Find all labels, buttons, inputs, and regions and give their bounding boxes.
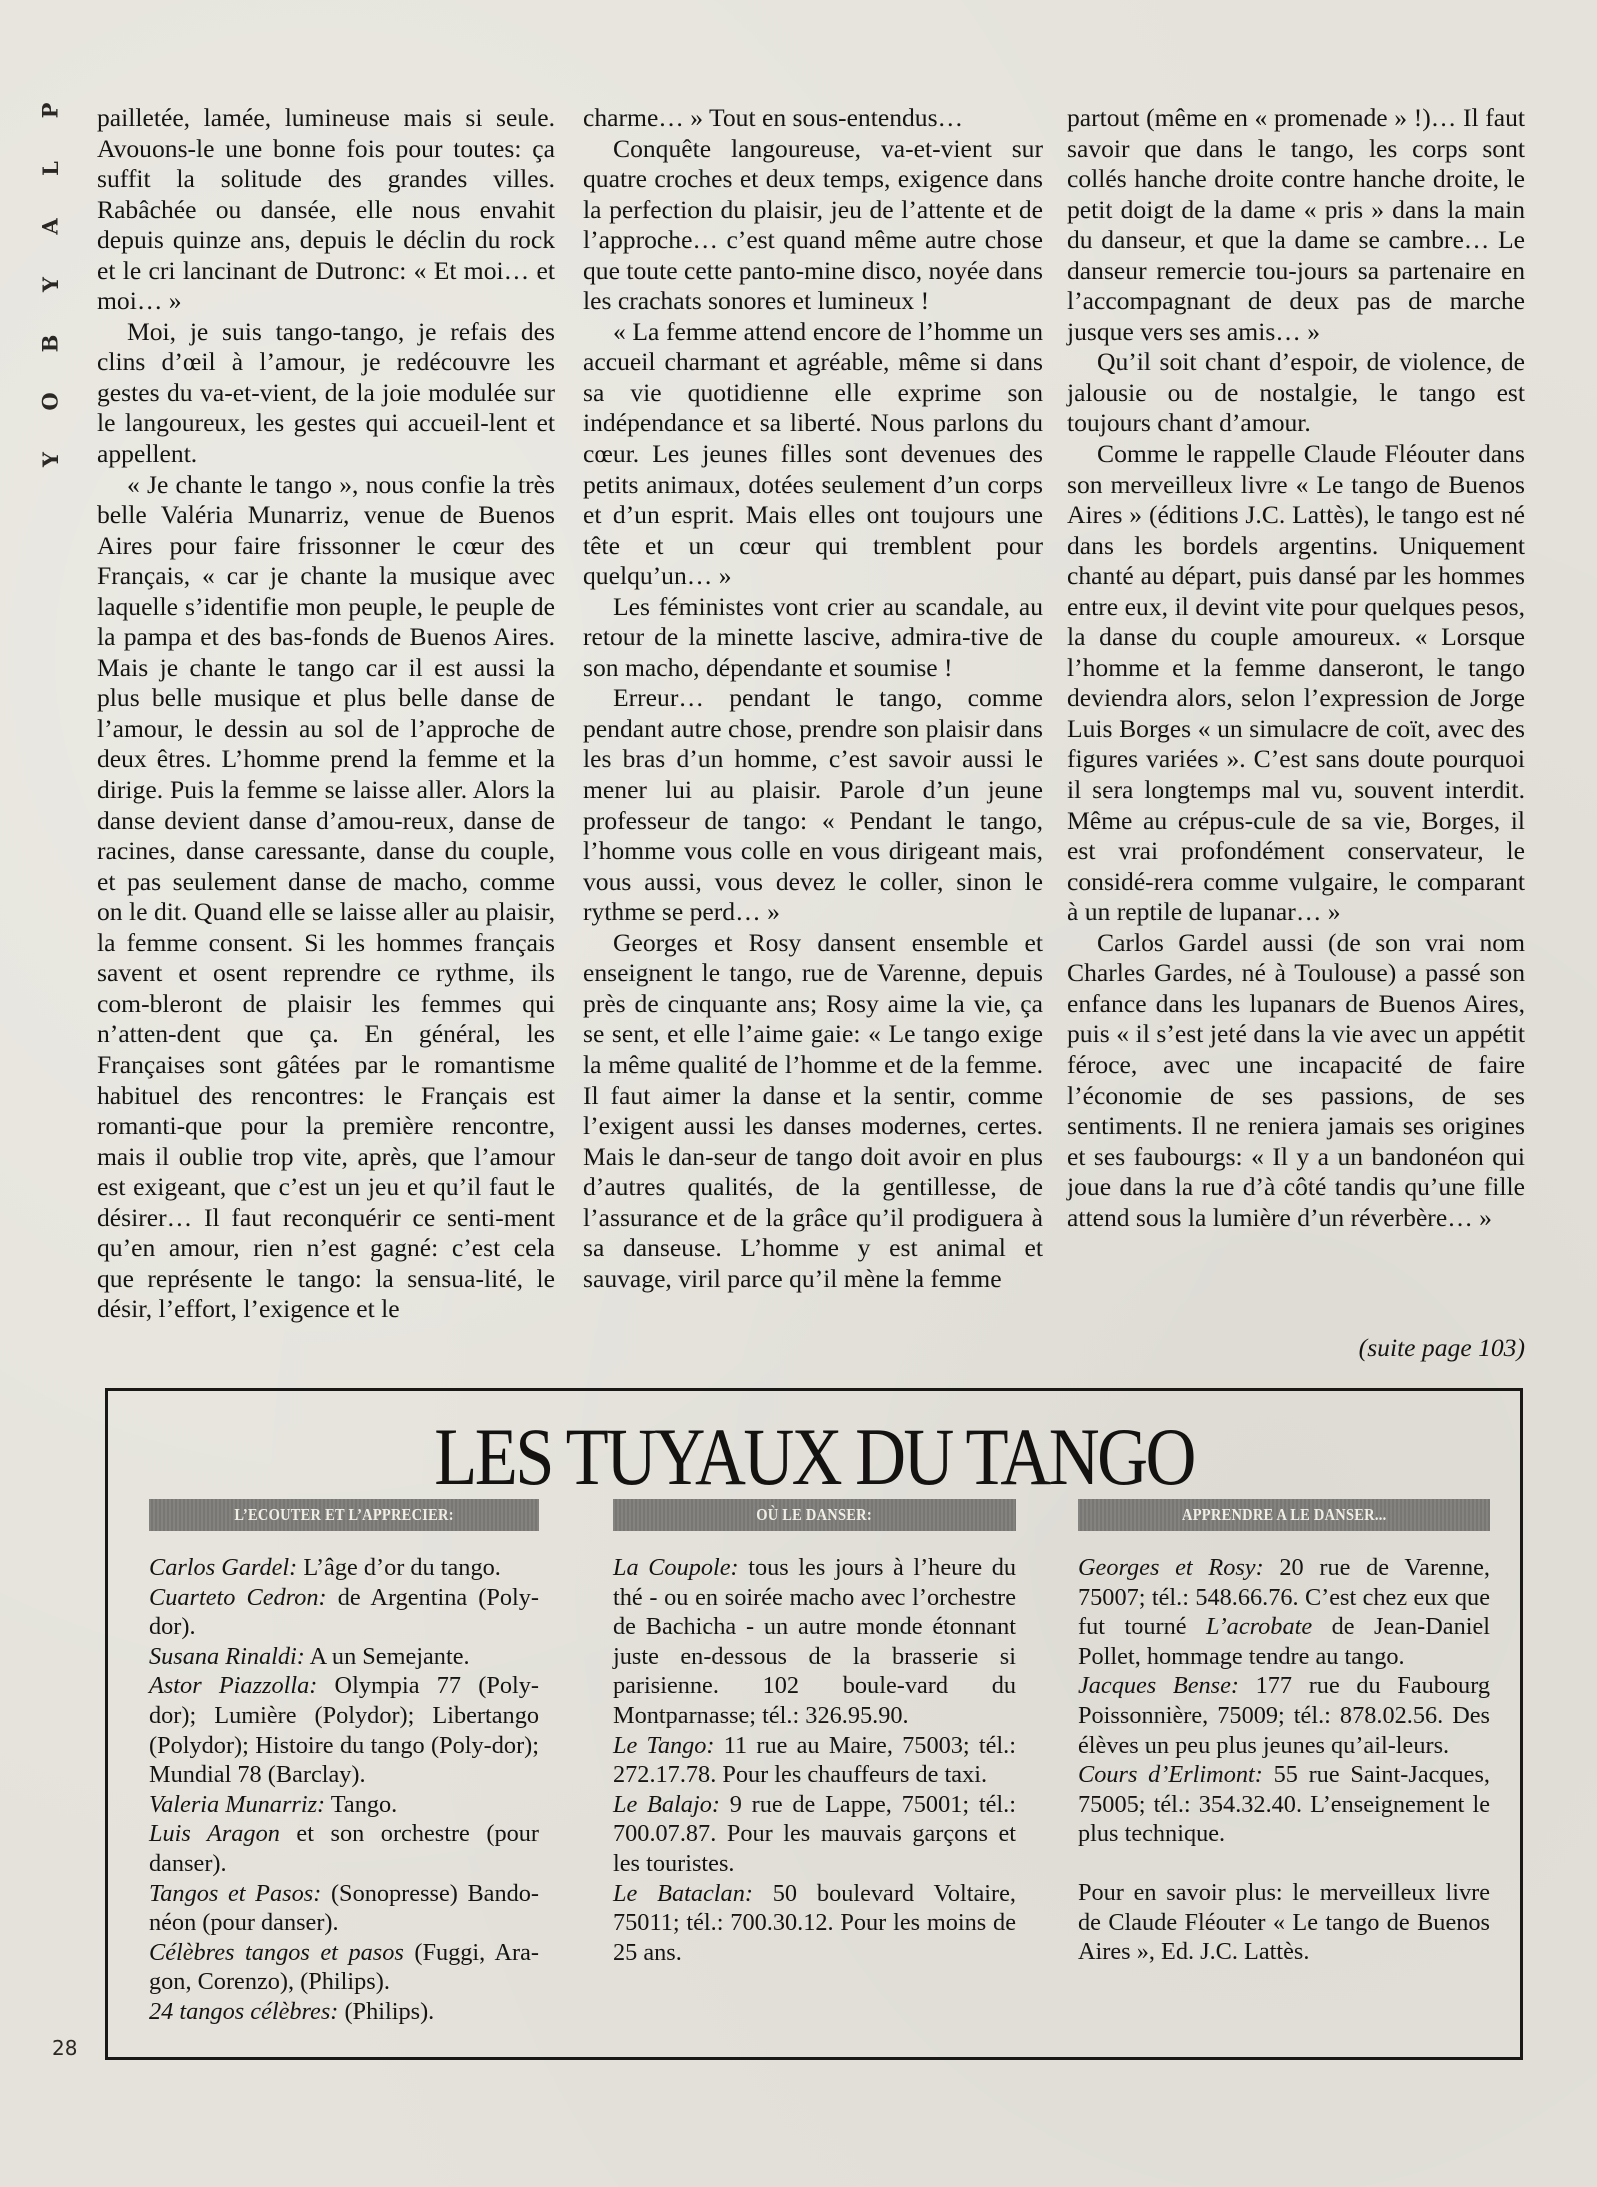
sidebar-column-listen: L’ECOUTER ET L’APPRECIER: Carlos Gardel:… — [149, 1499, 539, 2027]
article-paragraph: Carlos Gardel aussi (de son vrai nom Cha… — [1067, 928, 1525, 1233]
entry-list: Georges et Rosy: 20 rue de Varenne, 7500… — [1078, 1553, 1490, 1967]
brand-letter: P — [39, 103, 60, 119]
listing-entry: Georges et Rosy: 20 rue de Varenne, 7500… — [1078, 1553, 1490, 1671]
section-heading: OÙ LE DANSER: — [757, 1505, 873, 1525]
listing-name: Le Bataclan: — [613, 1880, 753, 1907]
brand-letter: O — [39, 392, 60, 410]
brand-letter: Y — [40, 277, 61, 292]
listing-entry: Cours d’Erlimont: 55 rue Saint-Jacques, … — [1078, 1760, 1490, 1849]
listing-entry: Valeria Munarriz: Tango. — [149, 1790, 539, 1820]
article-column-1: pailletée, lamée, lumineuse mais si seul… — [97, 103, 555, 1325]
listing-entry: Carlos Gardel: L’âge d’or du tango. — [149, 1553, 539, 1583]
listing-entry: Le Tango: 11 rue au Maire, 75003; tél.: … — [613, 1731, 1016, 1790]
sidebar-title: LES TUYAUX DU TANGO — [207, 1417, 1421, 1497]
listing-name: Carlos Gardel: — [149, 1554, 297, 1581]
listing-name: Tangos et Pasos: — [149, 1880, 321, 1907]
article-paragraph: Les féministes vont crier au scandale, a… — [583, 592, 1043, 684]
listing-name: La Coupole: — [613, 1554, 739, 1581]
article-paragraph: Qu’il soit chant d’espoir, de violence, … — [1067, 347, 1525, 439]
listing-name: Cuarteto Cedron: — [149, 1584, 327, 1611]
article-paragraph: Comme le rappelle Claude Fléouter dans s… — [1067, 439, 1525, 928]
listing-name: Le Balajo: — [613, 1791, 720, 1818]
section-heading-bar: OÙ LE DANSER: — [613, 1499, 1016, 1531]
listing-name: Célèbres tangos et pasos — [149, 1939, 404, 1966]
listing-details: Tango. — [325, 1791, 397, 1818]
listing-details: L’âge d’or du tango. — [297, 1554, 501, 1581]
listing-name: Jacques Bense: — [1078, 1672, 1239, 1699]
brand-letter: Y — [40, 452, 61, 467]
continuation-note: (suite page 103) — [1067, 1333, 1525, 1363]
brand-letter: B — [40, 334, 61, 352]
listing-entry: Jacques Bense: 177 rue du Faubourg Poiss… — [1078, 1671, 1490, 1760]
article-paragraph: charme… » Tout en sous-entendus… — [583, 103, 1043, 134]
listing-entry: 24 tangos célèbres: (Philips). — [149, 1997, 539, 2027]
section-heading: APPRENDRE A LE DANSER... — [1182, 1505, 1386, 1525]
section-heading: L’ECOUTER ET L’APPRECIER: — [234, 1505, 453, 1525]
article-paragraph: Erreur… pendant le tango, comme pendant … — [583, 683, 1043, 927]
listing-entry: Astor Piazzolla: Olympia 77 (Poly-dor); … — [149, 1671, 539, 1789]
listing-entry: Pour en savoir plus: le merveilleux livr… — [1078, 1878, 1490, 1967]
listing-name: Valeria Munarriz: — [149, 1791, 325, 1818]
listing-entry: Luis Aragon et son orchestre (pour danse… — [149, 1819, 539, 1878]
brand-letter: A — [39, 219, 60, 235]
listing-details: A un Semejante. — [305, 1643, 470, 1670]
listing-name: Astor Piazzolla: — [149, 1672, 317, 1699]
article-paragraph: Conquête langoureuse, va-et-vient sur qu… — [583, 134, 1043, 317]
section-heading-bar: L’ECOUTER ET L’APPRECIER: — [149, 1499, 539, 1531]
listing-entry: Susana Rinaldi: A un Semejante. — [149, 1642, 539, 1672]
listing-name: Luis Aragon — [149, 1820, 280, 1847]
sidebar-box-tango-tips: LES TUYAUX DU TANGO L’ECOUTER ET L’APPRE… — [105, 1388, 1523, 2060]
article-paragraph: « La femme attend encore de l’homme un a… — [583, 317, 1043, 592]
listing-name: Le Tango: — [613, 1732, 715, 1759]
section-heading-bar: APPRENDRE A LE DANSER... — [1078, 1499, 1490, 1531]
listing-details: Pour en savoir plus: le merveilleux livr… — [1078, 1879, 1490, 1965]
article-paragraph: « Je chante le tango », nous confie la t… — [97, 470, 555, 1325]
listing-entry: Le Balajo: 9 rue de Lappe, 75001; tél.: … — [613, 1790, 1016, 1879]
article-paragraph: partout (même en « promenade » !)… Il fa… — [1067, 103, 1525, 347]
film-title: L’acrobate — [1206, 1613, 1312, 1640]
listing-entry: Cuarteto Cedron: de Argentina (Poly-dor)… — [149, 1583, 539, 1642]
listing-entry: Célèbres tangos et pasos (Fuggi, Ara-gon… — [149, 1938, 539, 1997]
listing-name: Cours d’Erlimont: — [1078, 1761, 1263, 1788]
magazine-brand-vertical: P L A Y B O Y — [38, 100, 62, 470]
listing-entry: Tangos et Pasos: (Sonopresse) Bando-néon… — [149, 1879, 539, 1938]
entry-list: La Coupole: tous les jours à l’heure du … — [613, 1553, 1016, 1967]
article-paragraph: Moi, je suis tango-tango, je refais des … — [97, 317, 555, 470]
article-column-3: partout (même en « promenade » !)… Il fa… — [1067, 103, 1525, 1233]
article-column-2: charme… » Tout en sous-entendus…Conquête… — [583, 103, 1043, 1294]
listing-name: 24 tangos célèbres: — [149, 1998, 338, 2025]
listing-entry: Le Bataclan: 50 boulevard Voltaire, 7501… — [613, 1879, 1016, 1968]
page-number: 28 — [52, 2036, 77, 2060]
sidebar-column-learn: APPRENDRE A LE DANSER... Georges et Rosy… — [1078, 1499, 1490, 1967]
article-paragraph: pailletée, lamée, lumineuse mais si seul… — [97, 103, 555, 317]
listing-details: (Philips). — [338, 1998, 434, 2025]
article-paragraph: Georges et Rosy dansent ensemble et ense… — [583, 928, 1043, 1295]
entry-list: Carlos Gardel: L’âge d’or du tango.Cuart… — [149, 1553, 539, 2027]
listing-name: Susana Rinaldi: — [149, 1643, 305, 1670]
brand-letter: L — [39, 161, 60, 176]
listing-name: Georges et Rosy: — [1078, 1554, 1264, 1581]
listing-entry: La Coupole: tous les jours à l’heure du … — [613, 1553, 1016, 1731]
sidebar-column-where: OÙ LE DANSER: La Coupole: tous les jours… — [613, 1499, 1016, 1967]
